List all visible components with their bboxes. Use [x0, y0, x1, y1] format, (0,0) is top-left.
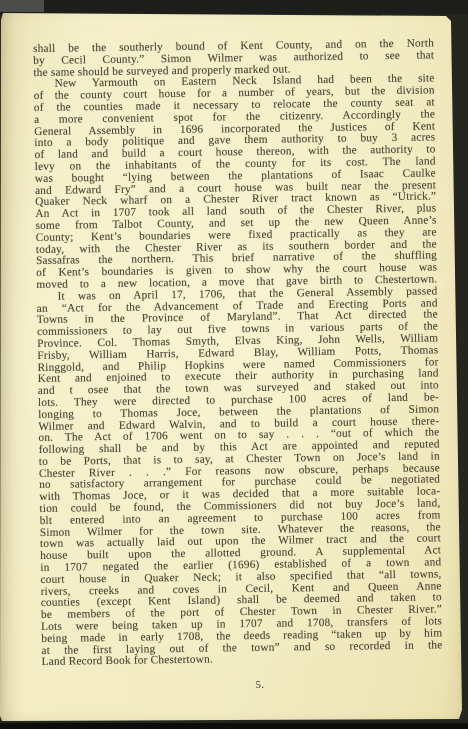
page-number: 5.	[256, 680, 265, 691]
scan-corner-artifact	[0, 0, 44, 12]
scanned-page: shall be the southerly bound of Kent Cou…	[0, 0, 468, 729]
scan-top-band	[0, 0, 468, 14]
text-block: shall be the southerly bound of Kent Cou…	[33, 38, 443, 669]
scan-bottom-band	[0, 723, 468, 729]
